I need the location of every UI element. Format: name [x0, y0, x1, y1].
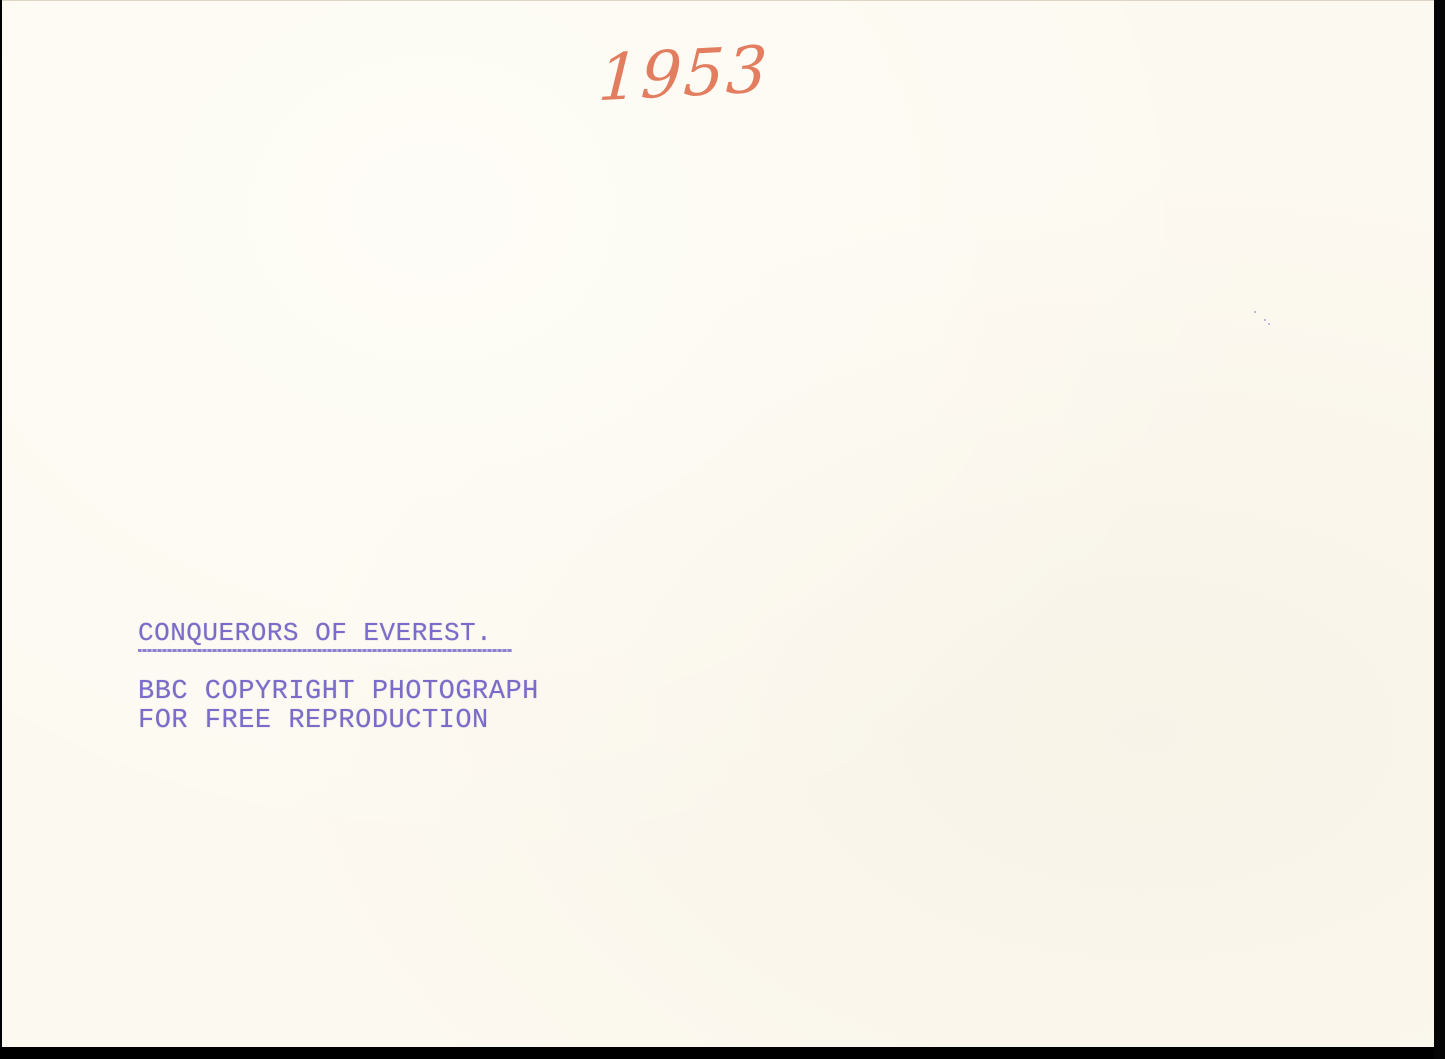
stamp-copyright-line: BBC COPYRIGHT PHOTOGRAPH	[138, 679, 539, 706]
ink-speck	[1268, 323, 1270, 325]
stamp-reproduction-line: FOR FREE REPRODUCTION	[138, 708, 489, 735]
photo-back-card: 1953 CONQUERORS OF EVEREST. BBC COPYRIGH…	[2, 0, 1434, 1047]
ink-speck	[1264, 319, 1266, 321]
stamp-title-underline	[138, 649, 512, 652]
handwritten-year-annotation: 1953	[597, 38, 771, 111]
ink-speck	[1254, 311, 1256, 313]
scan-border-right	[1434, 0, 1445, 1059]
stamp-title: CONQUERORS OF EVEREST.	[138, 620, 492, 646]
